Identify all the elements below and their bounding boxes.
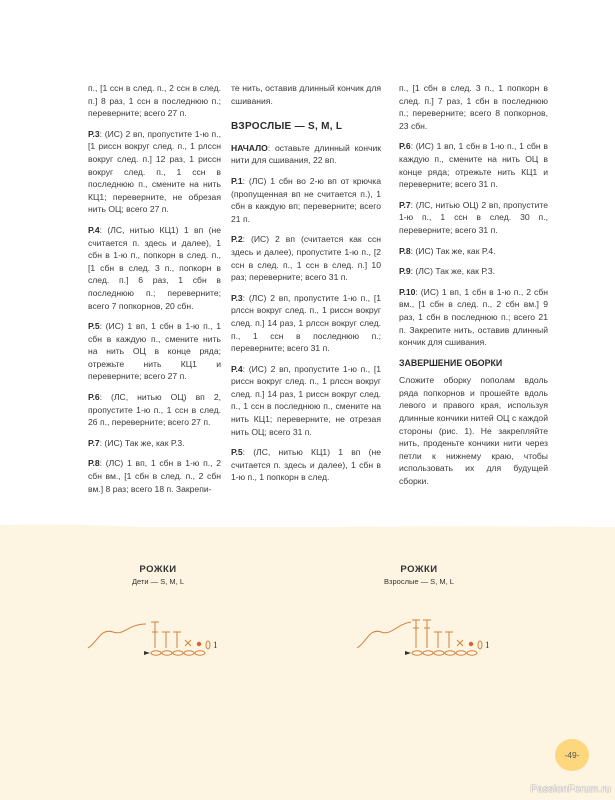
row-instruction: Р.6: (ИС) 1 вп, 1 сбн в 1-ю п., 1 сбн в …	[399, 140, 548, 190]
row-label: Р.5	[88, 321, 100, 331]
diagram-adults: РОЖКИ Взрослые — S, M, L 1	[319, 564, 519, 586]
row-label: Р.9	[399, 266, 411, 276]
crochet-chart-icon: 1	[319, 610, 519, 670]
row-instruction: Р.4: (ЛС, нитью КЦ1) 1 вп (не считается …	[88, 224, 221, 312]
diagram-subtitle: Взрослые — S, M, L	[319, 577, 519, 586]
row-instruction: Р.3: (ЛС) 2 вп, пропустите 1-ю п., [1 рл…	[231, 292, 381, 355]
row-label: Р.2	[231, 234, 243, 244]
row-label: Р.5	[231, 447, 243, 457]
page-number-badge: -49-	[555, 739, 589, 771]
svg-text:1: 1	[213, 640, 218, 650]
text-column-1: п., [1 ссн в след. п., 2 ссн в след. п.]…	[88, 82, 221, 503]
row-instruction: Р.5: (ЛС, нитью КЦ1) 1 вп (не считается …	[231, 446, 381, 484]
row-instruction: Р.8: (ИС) Так же, как Р.4.	[399, 245, 548, 258]
diagram-title: РОЖКИ	[319, 564, 519, 575]
start-instruction: НАЧАЛО: оставьте длинный кончик нити для…	[231, 142, 381, 167]
paragraph: п., [1 сбн в след. 3 п., 1 попкорн в сле…	[399, 82, 548, 132]
diagram-kids: РОЖКИ Дети — S, M, L 1	[58, 564, 258, 586]
row-instruction: Р.4: (ИС) 2 вп, пропустите 1-ю п., [1 ри…	[231, 363, 381, 439]
watermark: PassionForum.ru	[530, 784, 611, 795]
paragraph: те нить, оставив длинный кончик для сшив…	[231, 82, 381, 107]
row-label: Р.3	[88, 129, 100, 139]
row-label: Р.8	[399, 246, 411, 256]
section-heading-finishing: ЗАВЕРШЕНИЕ ОБОРКИ	[399, 357, 548, 370]
row-label: Р.8	[88, 458, 100, 468]
row-label: Р.7	[88, 438, 100, 448]
start-label: НАЧАЛО	[231, 143, 268, 153]
row-instruction: Р.2: (ИС) 2 вп (считается как ссн здесь …	[231, 233, 381, 283]
row-label: Р.7	[399, 200, 411, 210]
row-label: Р.6	[399, 141, 411, 151]
row-instruction: Р.7: (ЛС, нитью ОЦ) 2 вп, пропустите 1-ю…	[399, 199, 548, 237]
row-instruction: Р.8: (ЛС) 1 вп, 1 сбн в 1-ю п., 2 сбн вм…	[88, 457, 221, 495]
finishing-instruction: Сложите оборку пополам вдоль ряда попкор…	[399, 374, 548, 487]
paragraph: п., [1 ссн в след. п., 2 ссн в след. п.]…	[88, 82, 221, 120]
row-label: Р.4	[88, 225, 100, 235]
row-instruction: Р.6: (ЛС, нитью ОЦ) вп 2, пропустите 1-ю…	[88, 391, 221, 429]
row-instruction: Р.1: (ЛС) 1 сбн во 2-ю вп от крючка (про…	[231, 175, 381, 225]
row-label: Р.4	[231, 364, 243, 374]
svg-text:1: 1	[485, 640, 490, 650]
row-instruction: Р.7: (ИС) Так же, как Р.3.	[88, 437, 221, 450]
row-label: Р.6	[88, 392, 100, 402]
text-column-2: те нить, оставив длинный кончик для сшив…	[231, 82, 381, 492]
row-instruction: Р.10: (ИС) 1 вп, 1 сбн в 1-ю п., 2 сбн в…	[399, 286, 548, 349]
row-label: Р.1	[231, 176, 243, 186]
diagram-title: РОЖКИ	[58, 564, 258, 575]
crochet-chart-icon: 1	[58, 610, 258, 670]
row-instruction: Р.9: (ЛС) Так же, как Р.3.	[399, 265, 548, 278]
row-instruction: Р.3: (ИС) 2 вп, пропустите 1-ю п., [1 ри…	[88, 128, 221, 216]
text-column-3: п., [1 сбн в след. 3 п., 1 попкорн в сле…	[399, 82, 548, 496]
row-instruction: Р.5: (ИС) 1 вп, 1 сбн в 1-ю п., 1 сбн в …	[88, 320, 221, 383]
section-heading-adults: ВЗРОСЛЫЕ — S, M, L	[231, 121, 381, 134]
diagram-subtitle: Дети — S, M, L	[58, 577, 258, 586]
row-label: Р.3	[231, 293, 243, 303]
row-label: Р.10	[399, 287, 415, 297]
